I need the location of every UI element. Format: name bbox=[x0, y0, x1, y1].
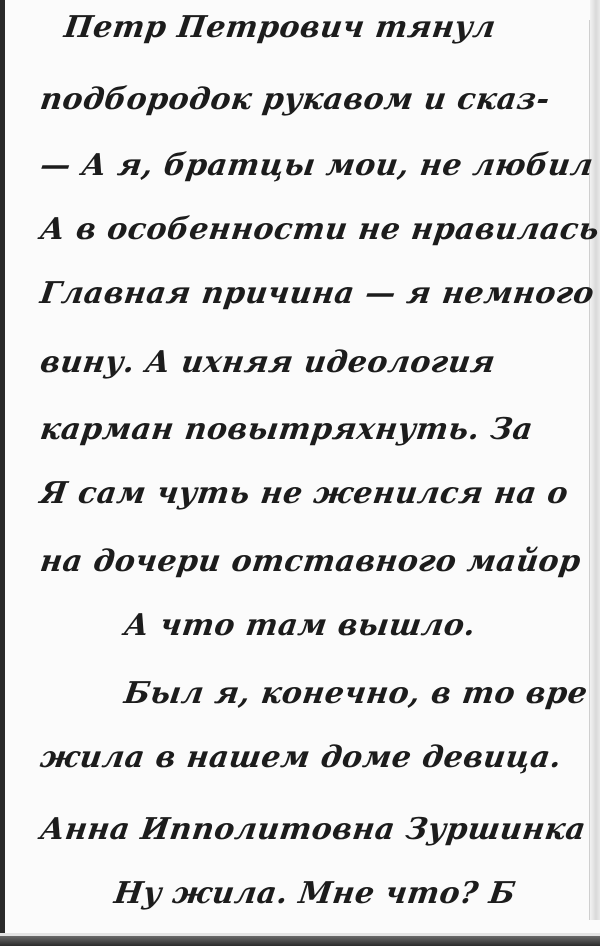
manuscript-line: А в особенности не нравилась bbox=[38, 212, 600, 247]
manuscript-line: А что там вышло. bbox=[122, 608, 478, 643]
manuscript-line: — А я, братцы мои, не любил bbox=[38, 148, 595, 183]
scan-right-shadow bbox=[590, 0, 600, 920]
manuscript-line: Главная причина — я немного bbox=[38, 276, 596, 311]
manuscript-line: Я сам чуть не женился на о bbox=[38, 476, 571, 511]
manuscript-line: карман повытряхнуть. За bbox=[38, 412, 535, 447]
manuscript-line: на дочери отставного майор bbox=[38, 544, 583, 579]
manuscript-line: подбородок рукавом и сказ- bbox=[38, 82, 552, 117]
manuscript-line: вину. А ихняя идеология bbox=[38, 345, 498, 380]
manuscript-line: Петр Петрович тянул bbox=[62, 10, 498, 45]
scan-left-border bbox=[0, 0, 5, 946]
scan-bottom-border bbox=[0, 936, 600, 946]
manuscript-page: Петр Петрович тянул подбородок рукавом и… bbox=[0, 0, 600, 946]
manuscript-line: жила в нашем доме девица. bbox=[38, 740, 564, 775]
manuscript-line: Ну жила. Мне что? Б bbox=[112, 876, 518, 911]
manuscript-line: Был я, конечно, в то вре bbox=[122, 676, 590, 711]
manuscript-line: Анна Ипполитовна Зуршинка bbox=[38, 812, 588, 847]
